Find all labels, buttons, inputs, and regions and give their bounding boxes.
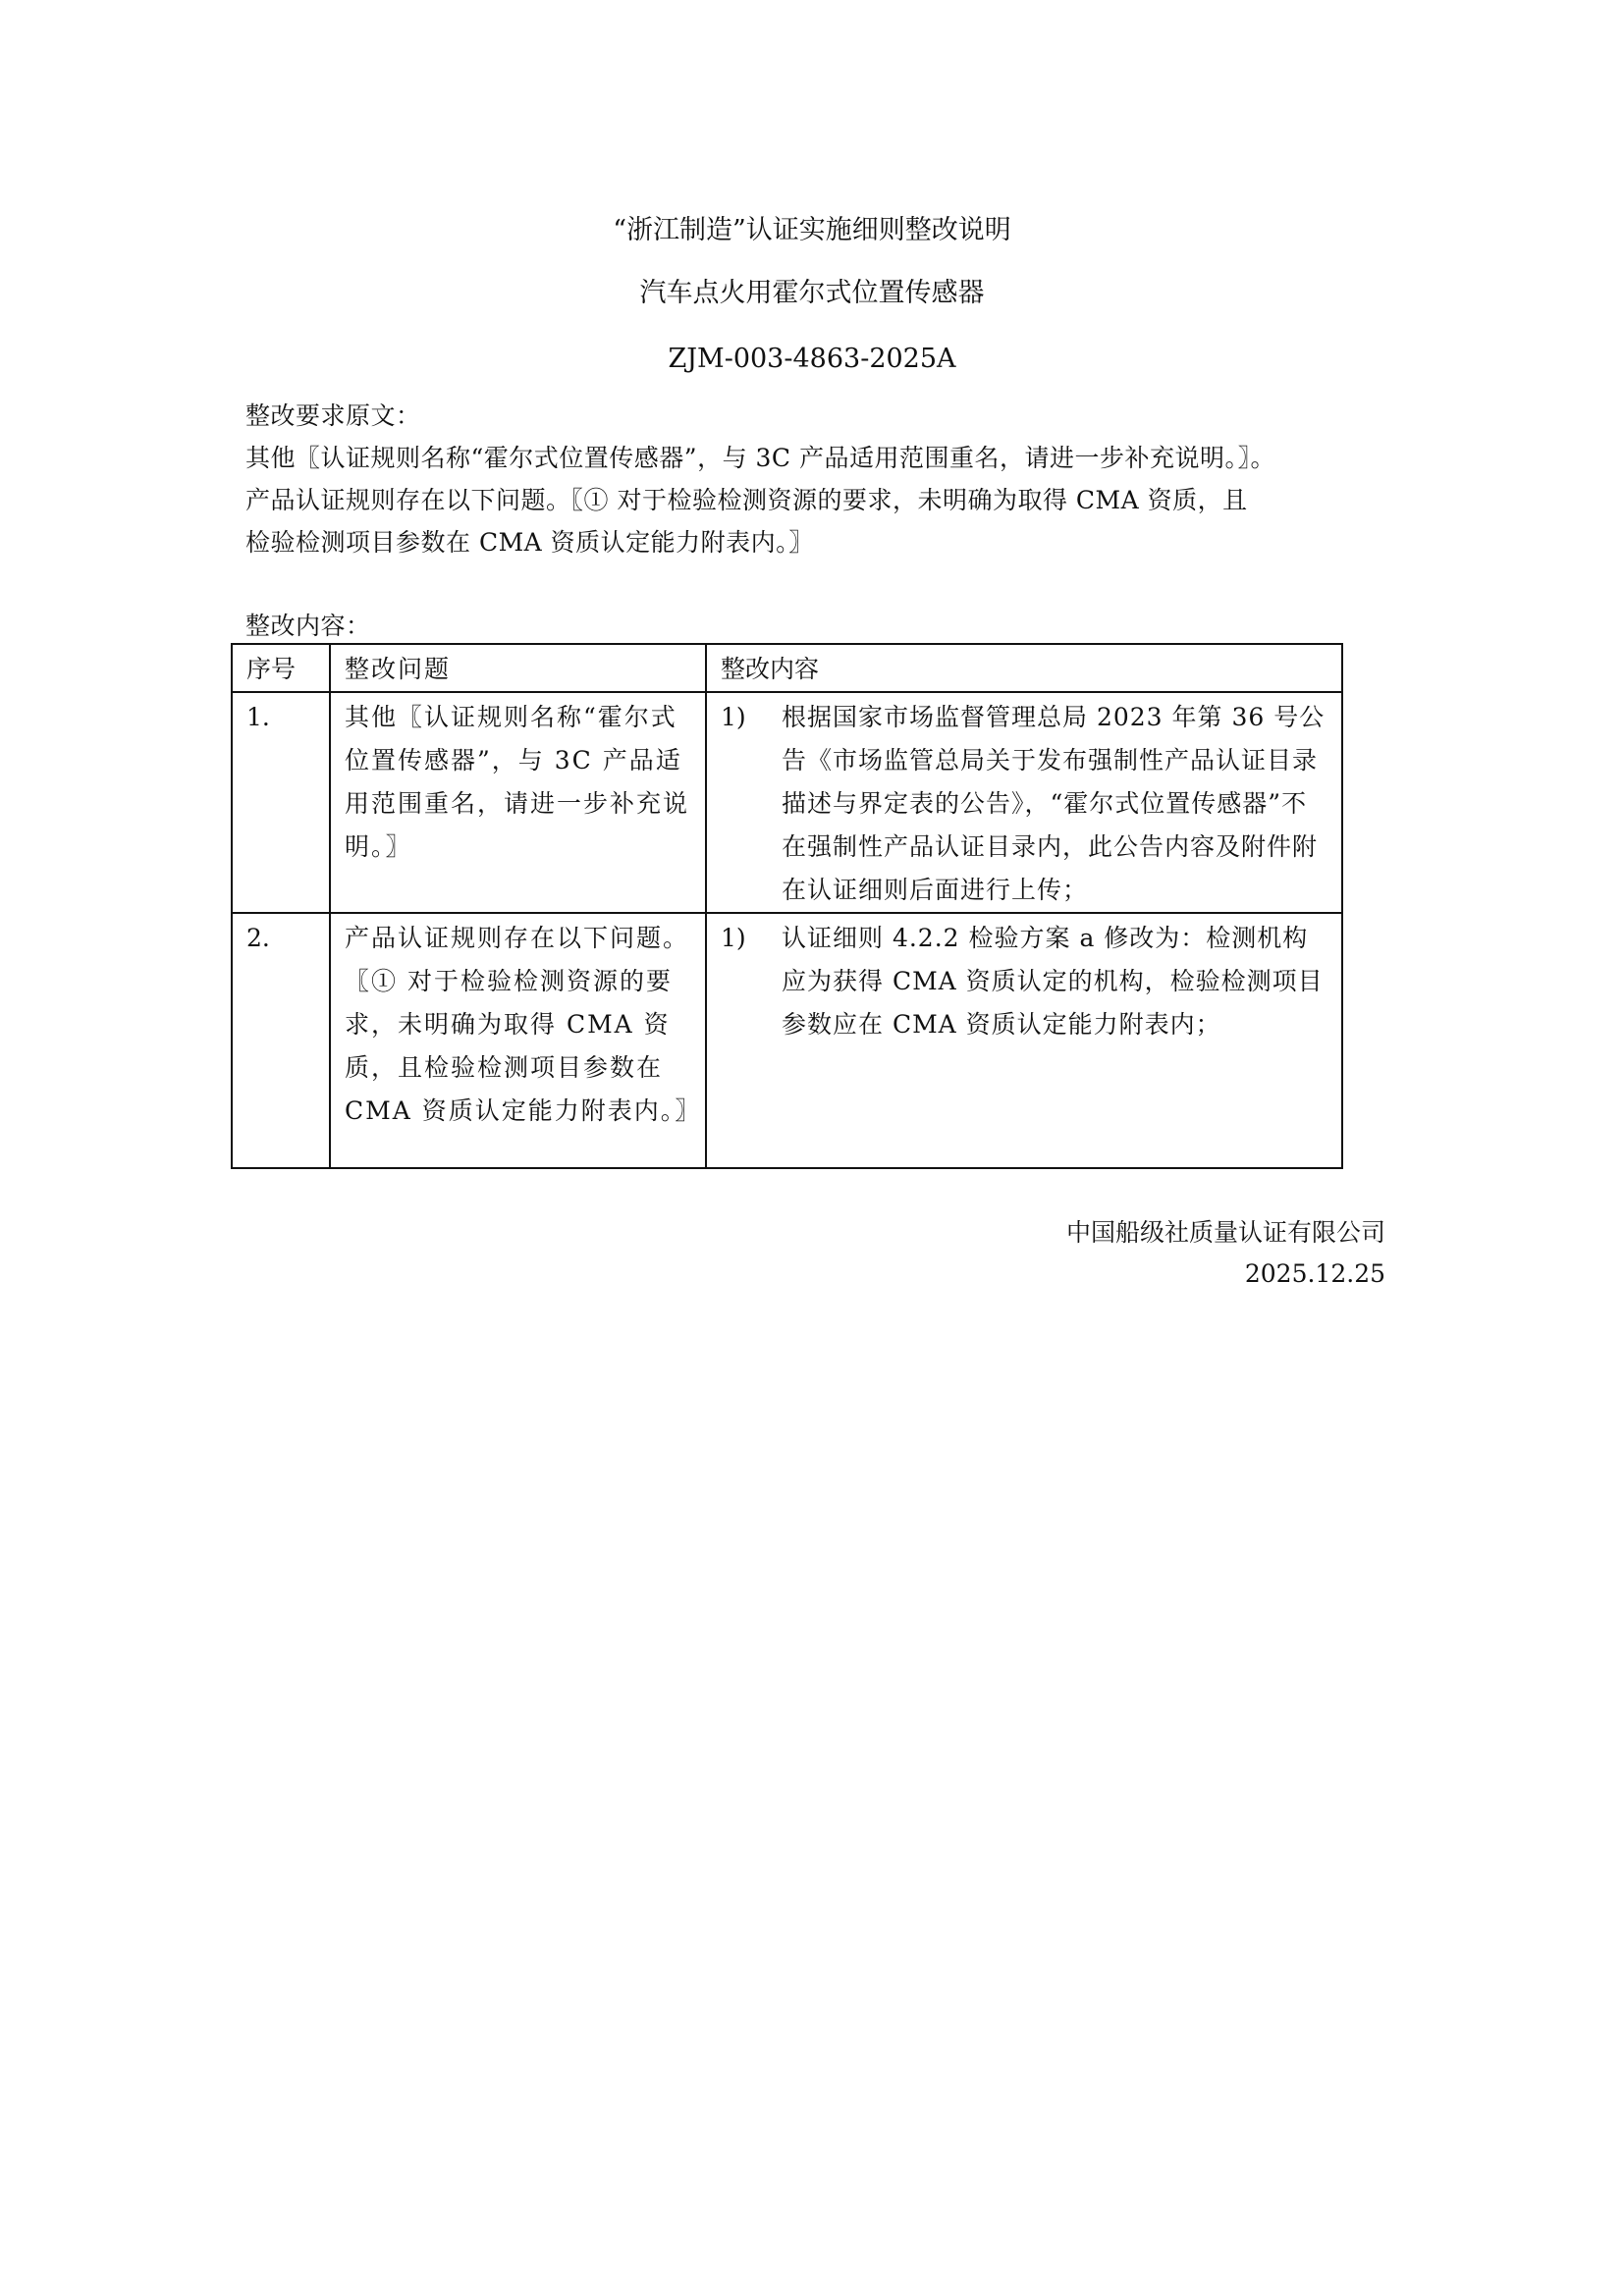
table-row: 2. 产品认证规则存在以下问题。〖① 对于检验检测资源的要求，未明确为取得 CM… [232, 913, 1342, 1168]
content-item-number: 1) [721, 917, 782, 1046]
content-item-text: 认证细则 4.2.2 检验方案 a 修改为：检测机构应为获得 CMA 资质认定的… [782, 917, 1329, 1046]
signature-date: 2025.12.25 [1245, 1254, 1385, 1295]
header-index: 序号 [232, 644, 330, 692]
product-name: 汽车点火用霍尔式位置传感器 [0, 277, 1624, 310]
table-row: 1. 其他〖认证规则名称“霍尔式位置传感器”，与 3C 产品适用范围重名，请进一… [232, 692, 1342, 913]
requirement-line-3: 检验检测项目参数在 CMA 资质认定能力附表内。〗 [245, 521, 1384, 563]
row-content: 1) 根据国家市场监督管理总局 2023 年第 36 号公告《市场监管总局关于发… [706, 692, 1342, 913]
signature-organization: 中国船级社质量认证有限公司 [1066, 1212, 1385, 1254]
rectification-table: 序号 整改问题 整改内容 1. 其他〖认证规则名称“霍尔式位置传感器”，与 3C… [231, 643, 1343, 1169]
table-header-row: 序号 整改问题 整改内容 [232, 644, 1342, 692]
content-item-number: 1) [721, 696, 782, 912]
requirement-line-2: 产品认证规则存在以下问题。〖① 对于检验检测资源的要求，未明确为取得 CMA 资… [245, 479, 1384, 521]
document-code: ZJM-003-4863-2025A [0, 343, 1624, 376]
rectification-heading: 整改内容： [245, 605, 1384, 647]
row-issue: 其他〖认证规则名称“霍尔式位置传感器”，与 3C 产品适用范围重名，请进一步补充… [330, 692, 706, 913]
header-content: 整改内容 [706, 644, 1342, 692]
requirement-line-1: 其他〖认证规则名称“霍尔式位置传感器”，与 3C 产品适用范围重名，请进一步补充… [245, 437, 1384, 479]
requirement-heading: 整改要求原文： [245, 395, 1384, 437]
header-issue: 整改问题 [330, 644, 706, 692]
content-item-text: 根据国家市场监督管理总局 2023 年第 36 号公告《市场监管总局关于发布强制… [782, 696, 1329, 912]
row-content: 1) 认证细则 4.2.2 检验方案 a 修改为：检测机构应为获得 CMA 资质… [706, 913, 1342, 1168]
row-index: 1. [232, 692, 330, 913]
document-title: “浙江制造”认证实施细则整改说明 [0, 214, 1624, 247]
row-index: 2. [232, 913, 330, 1168]
row-issue: 产品认证规则存在以下问题。〖① 对于检验检测资源的要求，未明确为取得 CMA 资… [330, 913, 706, 1168]
